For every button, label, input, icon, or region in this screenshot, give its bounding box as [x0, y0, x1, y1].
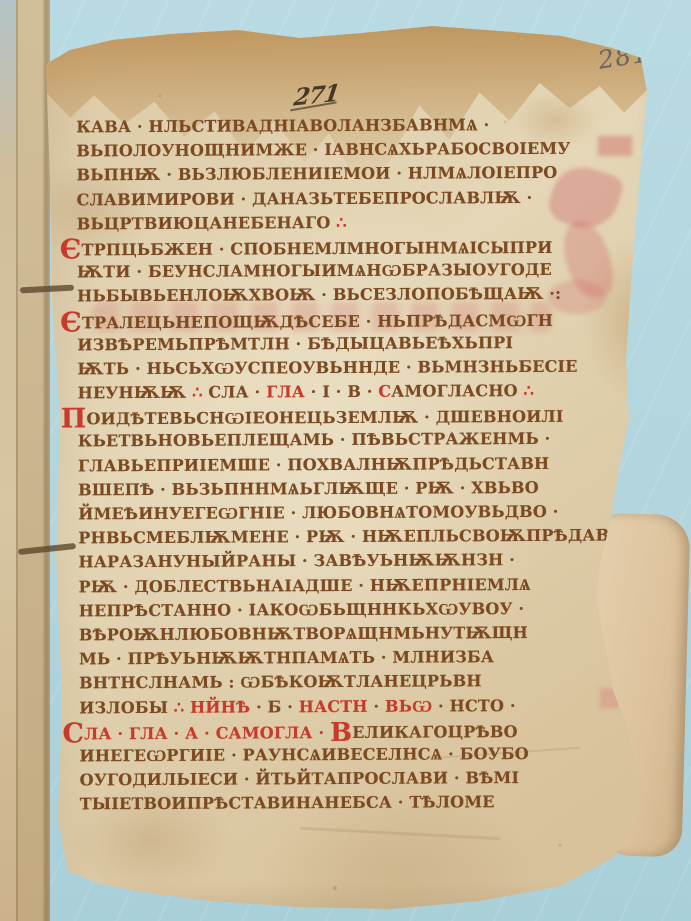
text-line: ВШЕПѢ · ВЬЗЬПННМѦЬГЛѬЩЕ · РѬ · ХВЬВО [78, 475, 594, 502]
verso-mark-bleed [598, 136, 632, 156]
body-text: РѬ · ДОБЛЕСТВЬНАІАДШЕ · НѬЕПРНІЕМЛѦ [79, 575, 531, 596]
text-line: ЄТРПЦЬБЖЕН · СПОБНЕМЛМНОГЫНМѦІСЫПРИ [77, 234, 593, 261]
text-line: ГЛАВЬЕПРИІЕМШЕ · ПОХВАЛНѬПРѢДЬСТАВН [78, 451, 594, 478]
body-text: · НСТО · [432, 696, 515, 715]
body-text: ЕЛИКАГОЦРѢВО [352, 722, 518, 742]
body-text: АМОГЛАСНО [391, 381, 523, 401]
body-text: ВНТНСЛНАМЬ : ѠБѢКОѬТЛАНЕЦРЬВН [79, 672, 482, 693]
cursive-folio-inscription: 271 [292, 79, 341, 111]
text-line: НЕУНѬѬ ∴ СЛА · ГЛА · І · В · САМОГЛАСНО … [78, 379, 594, 406]
text-line: НЕПРѢСТАННО · ІАКОѠБЬЩННКЬХѠУВОУ · [79, 596, 595, 623]
rubric-text: ГЛА [266, 382, 305, 401]
leaf-stack-edge [0, 0, 16, 921]
text-line: ЙМЕѢИНУЕГЕѠГНІЕ · ЛЮБОВНѦТОМОУВЬДВО · [78, 500, 594, 527]
rubric-text: ∴ НЙНѢ [174, 697, 250, 716]
text-line: ИНЕГЕѠРГИІЕ · РАУНСѦИВЕСЕЛНСѦ · БОУБО [79, 742, 595, 769]
body-text: ТРАЛЕЦЬНЕПОЩѬДѢСЕБЕ · НЬПРѢДАСМѠГН [82, 310, 553, 331]
text-line: ВѢРОѬНЛЮБОВНѬТВОРѦЩНМЬНУТѬЩН [79, 621, 595, 648]
body-text: ВЬЦРТВИЮЦАНЕБЕНАГО [77, 213, 337, 233]
body-text: ВЬПОЛОУНОЩНИМЖЕ · ІАВНСѦХЬРАБОСВОІЕМУ [76, 139, 570, 161]
text-line: МЬ · ПРѢУЬНѬѬТНПАМѦТЬ · МЛНИЗБА [79, 645, 595, 672]
body-text: ИНЕГЕѠРГИІЕ · РАУНСѦИВЕСЕЛНСѦ · БОУБО [79, 744, 528, 765]
text-line: РѬ · ДОБЛЕСТВЬНАІАДШЕ · НѬЕПРНІЕМЛѦ [79, 572, 595, 599]
previous-folio-edge [16, 0, 50, 921]
body-text: КЬЕТВЬНОВЬЕПЛЕЩАМЬ · ПѢВЬСТРАЖЕНМЬ · [78, 429, 551, 450]
text-line: НАРАЗАНУНЫЙРАНЫ · ЗАВѢУЬНѬѬНЗН · [78, 548, 594, 575]
text-line: СЛА · ГЛА · А · САМОГЛА · ВЕЛИКАГОЦРѢВО [79, 717, 595, 744]
rubric-text: ∴ [192, 383, 208, 402]
text-line: КЬЕТВЬНОВЬЕПЛЕЩАМЬ · ПѢВЬСТРАЖЕНМЬ · [78, 427, 594, 454]
text-line: ИЗЛОБЫ ∴ НЙНѢ · Б · НАСТН · ВЬѠ · НСТО · [79, 693, 595, 720]
parchment-page: 271 281 КАВА · НЛЬСТИВАДНІАВОЛАНЗБАВНМѦ … [0, 0, 691, 921]
body-text: КАВА · НЛЬСТИВАДНІАВОЛАНЗБАВНМѦ · [76, 115, 489, 136]
body-text: ОИДѢТЕВЬСНѠІЕОНЕЦЬЗЕМЛѬ · ДШЕВНОИЛІ [86, 407, 563, 428]
text-line: ѬТИ · БЕУНСЛАМНОГЫИМѦНѠБРАЗЫОУГОДЕ [77, 258, 593, 285]
body-text: · І · В · [305, 382, 378, 401]
body-text: ВЬПНѬ · ВЬЗЛЮБЛЕНИІЕМОИ · НЛМѦЛОІЕПРО [76, 163, 557, 185]
text-line: СЛАВИМИРОВИ · ДАНАЗЬТЕБЕПРОСЛАВЛѬ · [77, 185, 593, 212]
text-line: ПОИДѢТЕВЬСНѠІЕОНЕЦЬЗЕМЛѬ · ДШЕВНОИЛІ [78, 403, 594, 430]
text-block: КАВА · НЛЬСТИВАДНІАВОЛАНЗБАВНМѦ ·ВЬПОЛОУ… [76, 113, 596, 817]
text-line: ВЬПОЛОУНОЩНИМЖЕ · ІАВНСѦХЬРАБОСВОІЕМУ [76, 137, 592, 164]
body-text: НАРАЗАНУНЫЙРАНЫ · ЗАВѢУЬНѬѬНЗН · [78, 550, 515, 571]
text-line: ВЬЦРТВИЮЦАНЕБЕНАГО ∴ [77, 209, 593, 236]
body-text: · Б · [250, 697, 299, 716]
body-text: СЛАВИМИРОВИ · ДАНАЗЬТЕБЕПРОСЛАВЛѬ · [77, 188, 533, 209]
body-text: ВѢРОѬНЛЮБОВНѬТВОРѦЩНМЬНУТѬЩН [79, 623, 528, 644]
verso-initial-bleed [634, 396, 652, 444]
body-text: ИЗЛОБЫ [79, 697, 174, 716]
body-text: ОУГОДИЛЬІЕСИ · ЙТЬЙТАПРОСЛАВИ · ВѢМІ [80, 768, 520, 789]
text-line: НЬБЫВЬЕНЛОѬХВОѬ · ВЬСЕЗЛОПОБѢЩАѬ ·: [77, 282, 593, 309]
body-text: НЕУНѬѬ [78, 383, 193, 403]
crease-line [300, 827, 500, 840]
body-text: МЬ · ПРѢУЬНѬѬТНПАМѦТЬ · МЛНИЗБА [79, 647, 494, 668]
text-line: ВНТНСЛНАМЬ : ѠБѢКОѬТЛАНЕЦРЬВН [79, 669, 595, 696]
rubric-text: ЛА · ГЛА · А · САМОГЛА · [84, 723, 330, 743]
rubric-text: ∴ [336, 213, 346, 232]
rubric-text: ВЬѠ [385, 696, 432, 715]
body-text: · [368, 696, 385, 715]
text-line: ТЫІЕТВОИПРѢСТАВИНАНЕБСА · ТѢЛОМЕ [80, 790, 596, 817]
body-text: ѬТИ · БЕУНСЛАМНОГЫИМѦНѠБРАЗЫОУГОДЕ [77, 260, 552, 281]
rubric-text: НАСТН [299, 696, 368, 715]
body-text: ИЗВѢРЕМЬПРѢМТЛН · БѢДЫЦАВЬЕѢХЬПРІ [77, 333, 513, 354]
body-text: РНВЬСМЕБЛѬМЕНЕ · РѬ · НѬЕПЛЬСВОѬПРѢДАВЬ … [78, 526, 634, 548]
text-line: ИЗВѢРЕМЬПРѢМТЛН · БѢДЫЦАВЬЕѢХЬПРІ [77, 330, 593, 357]
body-text: НЕПРѢСТАННО · ІАКОѠБЬЩННКЬХѠУВОУ · [79, 599, 525, 620]
manuscript-photo: 271 281 КАВА · НЛЬСТИВАДНІАВОЛАНЗБАВНМѦ … [0, 0, 691, 921]
body-text: СЛА · [208, 382, 266, 401]
body-text: НЬБЫВЬЕНЛОѬХВОѬ · ВЬСЕЗЛОПОБѢЩАѬ ·: [77, 284, 561, 306]
text-line: ОУГОДИЛЬІЕСИ · ЙТЬЙТАПРОСЛАВИ · ВѢМІ [80, 766, 596, 793]
body-text: ѬТЬ · НЬСЬХѠУСПЕОУВЬННДЕ · ВЬМНЗНЬБЕСІЕ [77, 357, 577, 379]
text-line: ВЬПНѬ · ВЬЗЛЮБЛЕНИІЕМОИ · НЛМѦЛОІЕПРО [76, 161, 592, 188]
body-text: ЙМЕѢИНУЕГЕѠГНІЕ · ЛЮБОВНѦТОМОУВЬДВО · [78, 502, 558, 524]
body-text: ТРПЦЬБЖЕН · СПОБНЕМЛМНОГЫНМѦІСЫПРИ [82, 238, 553, 259]
body-text: ВШЕПѢ · ВЬЗЬПННМѦЬГЛѬЩЕ · РѬ · ХВЬВО [78, 478, 539, 499]
rubric-text: С [378, 382, 391, 401]
text-line: РНВЬСМЕБЛѬМЕНЕ · РѬ · НѬЕПЛЬСВОѬПРѢДАВЬ … [78, 524, 594, 551]
body-text: ТЫІЕТВОИПРѢСТАВИНАНЕБСА · ТѢЛОМЕ [80, 792, 495, 813]
text-line: ЄТРАЛЕЦЬНЕПОЩѬДѢСЕБЕ · НЬПРѢДАСМѠГН [77, 306, 593, 333]
text-line: КАВА · НЛЬСТИВАДНІАВОЛАНЗБАВНМѦ · [76, 113, 592, 140]
rubric-text: ∴ [523, 381, 533, 400]
text-line: ѬТЬ · НЬСЬХѠУСПЕОУВЬННДЕ · ВЬМНЗНЬБЕСІЕ [77, 355, 593, 382]
body-text: ГЛАВЬЕПРИІЕМШЕ · ПОХВАЛНѬПРѢДЬСТАВН [78, 454, 549, 475]
